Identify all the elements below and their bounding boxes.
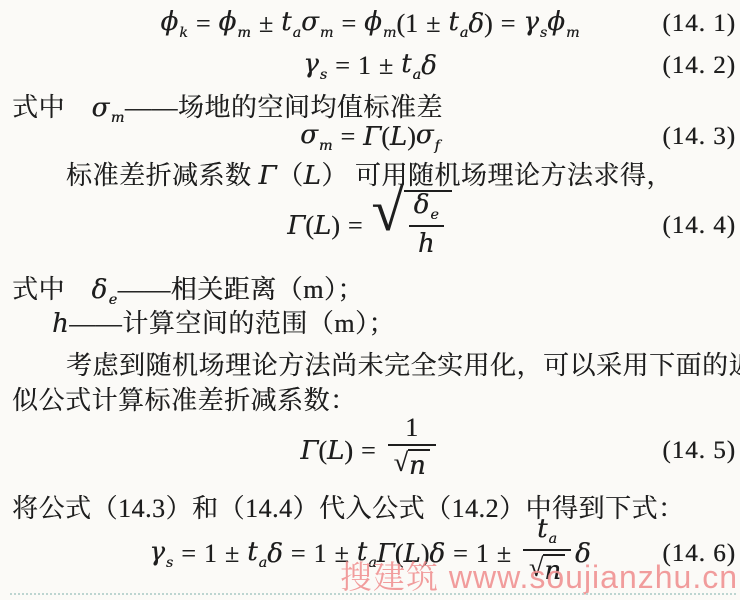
equation-14-2: γs=1±taδ (14. 2) [0, 46, 740, 86]
equation-14-3-formula: σm=Γ(L)σf [300, 120, 440, 153]
body-paragraph-line-1-text: 考虑到随机场理论方法尚未完全实用化，可以采用下面的近 [66, 351, 740, 380]
equation-14-3-number: (14. 3) [662, 123, 736, 151]
bottom-dotted-divider [10, 593, 736, 595]
equation-14-2-formula: γs=1±taδ [303, 49, 436, 82]
equation-14-5-formula: Γ(L)=1√n [300, 417, 439, 484]
watermark-soujianzhu: 搜建筑 www.soujianzhu.cn [340, 552, 738, 598]
body-gamma-intro-text: 标准差折减系数 Γ（L） 可用随机场理论方法求得， [66, 161, 673, 190]
equation-14-4: Γ(L)=√δeh (14. 4) [0, 191, 740, 261]
body-paragraph-line-2: 似公式计算标准差折减系数： [12, 380, 357, 417]
body-paragraph-line-2-text: 似公式计算标准差折减系数： [12, 386, 357, 415]
body-h-definition-text: h——计算空间的范围（m）； [52, 309, 395, 338]
equation-14-3: σm=Γ(L)σf (14. 3) [0, 116, 740, 158]
equation-14-4-number: (14. 4) [662, 212, 736, 240]
equation-14-5-number: (14. 5) [662, 437, 736, 465]
equation-14-1-formula: ϕk=ϕm±taσm=ϕm(1±taδ)=γsϕm [160, 7, 579, 40]
document-page: ϕk=ϕm±taσm=ϕm(1±taδ)=γsϕm (14. 1) γs=1±t… [0, 0, 740, 600]
body-delta-e-definition-text: 式中 δe——相关距离（m）； [12, 275, 364, 304]
body-h-definition: h——计算空间的范围（m）； [52, 303, 395, 340]
equation-14-2-number: (14. 2) [662, 52, 736, 80]
equation-14-5: Γ(L)=1√n (14. 5) [0, 414, 740, 488]
equation-14-1-number: (14. 1) [662, 10, 736, 38]
body-paragraph-line-1: 考虑到随机场理论方法尚未完全实用化，可以采用下面的近 [66, 345, 740, 382]
body-gamma-intro: 标准差折减系数 Γ（L） 可用随机场理论方法求得， [66, 155, 673, 192]
equation-14-1: ϕk=ϕm±taσm=ϕm(1±taδ)=γsϕm (14. 1) [0, 2, 740, 46]
equation-14-4-formula: Γ(L)=√δeh [287, 190, 453, 261]
